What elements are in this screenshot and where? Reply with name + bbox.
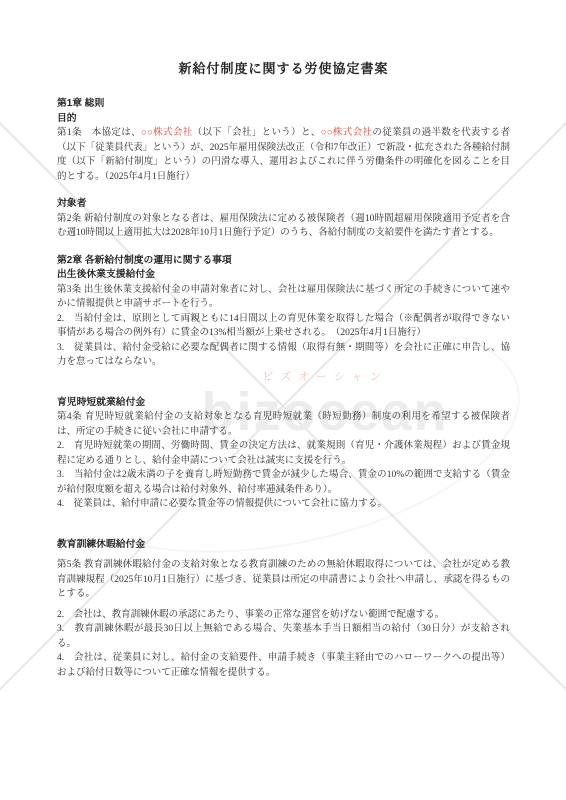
text-run: 4. 従業員は、給付申請に必要な賃金等の情報提供について会社に協力する。 bbox=[57, 499, 387, 509]
section-heading: 育児時短就業給付金 bbox=[57, 396, 510, 411]
document-title: 新給付制度に関する労使協定書案 bbox=[57, 58, 510, 77]
text-run: 第2条 新給付制度の対象となる者は、雇用保険法に定める被保険者（週10時間超雇用… bbox=[57, 214, 510, 239]
text-run: 第1条 本協定は、 bbox=[57, 128, 141, 138]
text-run: 2. 当給付金は、原則として両親ともに14日間以上の育児休業を取得した場合（※配… bbox=[57, 314, 510, 339]
document-content: 新給付制度に関する労使協定書案 第1章 総則目的第1条 本協定は、○○株式会社（… bbox=[57, 58, 510, 680]
spacer bbox=[57, 184, 510, 197]
spacer bbox=[57, 512, 510, 538]
section-heading: 目的 bbox=[57, 112, 510, 127]
chapter-heading: 第1章 総則 bbox=[57, 97, 510, 112]
paragraph: 第3条 出生後休業支援給付金の申請対象者に対し、会社は雇用保険法に基づく所定の手… bbox=[57, 283, 510, 312]
paragraph: 第2条 新給付制度の対象となる者は、雇用保険法に定める被保険者（週10時間超雇用… bbox=[57, 212, 510, 241]
paragraph: 2. 育児時短就業の期間、労働時間、賃金の決定方法は、就業規則（育児・介護休業規… bbox=[57, 439, 510, 468]
company-name-placeholder: ○○株式会社 bbox=[321, 128, 373, 138]
company-name-placeholder: ○○株式会社 bbox=[141, 128, 193, 138]
chapter-heading: 第2章 各新給付制度の運用に関する事項 bbox=[57, 254, 510, 269]
paragraph: 4. 会社は、従業員に対し、給付金の支給要件、申請手続き（事業主経由でのハローワ… bbox=[57, 651, 510, 680]
text-run: 第5条 教育訓練休暇給付金の支給対象となる教育訓練のための無給休暇取得については… bbox=[57, 560, 510, 599]
paragraph: 3. 当給付金は2歳未満の子を養育し時短勤務で賃金が減少した場合、賃金の10%の… bbox=[57, 468, 510, 497]
section-heading: 出生後休業支援給付金 bbox=[57, 268, 510, 283]
text-run: 第3条 出生後休業支援給付金の申請対象者に対し、会社は雇用保険法に基づく所定の手… bbox=[57, 285, 510, 310]
section-heading: 教育訓練休暇給付金 bbox=[57, 538, 510, 553]
text-run: 4. 会社は、従業員に対し、給付金の支給要件、申請手続き（事業主経由でのハローワ… bbox=[57, 653, 510, 678]
paragraph: 第1条 本協定は、○○株式会社（以下「会社」という）と、○○株式会社の従業員の過… bbox=[57, 126, 510, 184]
document-body: 第1章 総則目的第1条 本協定は、○○株式会社（以下「会社」という）と、○○株式… bbox=[57, 97, 510, 680]
text-run: 3. 当給付金は2歳未満の子を養育し時短勤務で賃金が減少した場合、賃金の10%の… bbox=[57, 470, 510, 495]
document-page: ビズオーシャン bizocean 新給付制度に関する労使協定書案 第1章 総則目… bbox=[0, 0, 566, 800]
paragraph: 4. 従業員は、給付申請に必要な賃金等の情報提供について会社に協力する。 bbox=[57, 497, 510, 512]
text-run: 第4条 育児時短就業給付金の支給対象となる育児時短就業（時短勤務）制度の利用を希… bbox=[57, 412, 510, 437]
section-heading: 対象者 bbox=[57, 197, 510, 212]
paragraph: 3. 教育訓練休暇が最長30日以上無給である場合、失業基本手当日額相当の給付（3… bbox=[57, 622, 510, 651]
paragraph: 第4条 育児時短就業給付金の支給対象となる育児時短就業（時短勤務）制度の利用を希… bbox=[57, 410, 510, 439]
text-run: 2. 会社は、教育訓練休暇の承認にあたり、事業の正常な運営を妨げない範囲で配慮す… bbox=[57, 610, 444, 620]
paragraph: 第5条 教育訓練休暇給付金の支給対象となる教育訓練のための無給休暇取得については… bbox=[57, 558, 510, 602]
text-run: （以下「会社」という）と、 bbox=[193, 128, 321, 138]
spacer bbox=[57, 370, 510, 396]
paragraph: 2. 当給付金は、原則として両親ともに14日間以上の育児休業を取得した場合（※配… bbox=[57, 312, 510, 341]
spacer bbox=[57, 241, 510, 254]
paragraph: 2. 会社は、教育訓練休暇の承認にあたり、事業の正常な運営を妨げない範囲で配慮す… bbox=[57, 608, 510, 623]
paragraph: 3. 従業員は、給付金受給に必要な配偶者に関する情報（取得有無・期間等）を会社に… bbox=[57, 341, 510, 370]
text-run: 3. 教育訓練休暇が最長30日以上無給である場合、失業基本手当日額相当の給付（3… bbox=[57, 624, 510, 649]
text-run: 2. 育児時短就業の期間、労働時間、賃金の決定方法は、就業規則（育児・介護休業規… bbox=[57, 441, 510, 466]
text-run: 3. 従業員は、給付金受給に必要な配偶者に関する情報（取得有無・期間等）を会社に… bbox=[57, 343, 510, 368]
